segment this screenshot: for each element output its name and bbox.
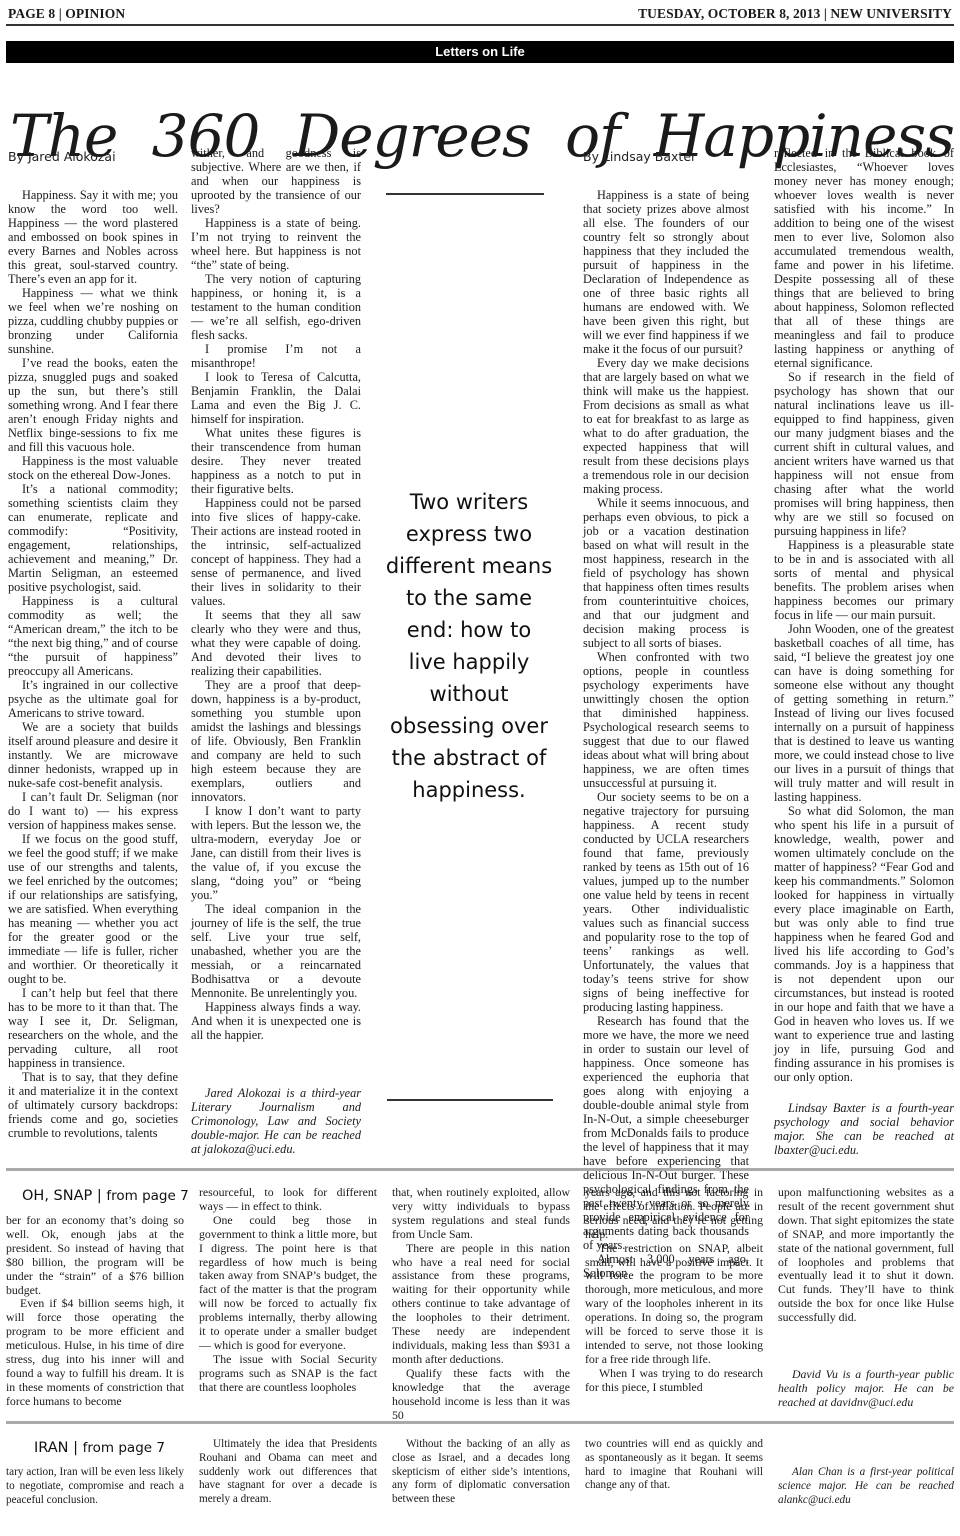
section-divider bbox=[6, 1421, 954, 1424]
bio-text: Lindsay Baxter is a fourth-year psycholo… bbox=[774, 1101, 954, 1157]
iran-col4: two countries will end as quickly and as… bbox=[585, 1438, 763, 1493]
paragraph: John Wooden, one of the greatest basketb… bbox=[774, 622, 954, 804]
paragraph: Without the backing of an ally as close … bbox=[392, 1438, 570, 1507]
pullquote-rule-bottom bbox=[387, 1099, 553, 1101]
article-right-col1: Happiness is a state of being that socie… bbox=[583, 188, 749, 1280]
paragraph: I look to Teresa of Calcutta, Benjamin F… bbox=[191, 370, 361, 426]
paragraph: Qualify these facts with the knowledge t… bbox=[392, 1367, 570, 1423]
paragraph: So what did Solomon, the man who spent h… bbox=[774, 804, 954, 1084]
paragraph: reflected in the Biblical book of Eccles… bbox=[774, 146, 954, 370]
iran-col2: Ultimately the idea that Presidents Rouh… bbox=[199, 1438, 377, 1507]
paragraph: Our society seems to be on a negative tr… bbox=[583, 790, 749, 1014]
paragraph: Happiness. Say it with me; you know the … bbox=[8, 188, 178, 286]
paragraph: Every day we make decisions that are lar… bbox=[583, 356, 749, 496]
page-folio-left: PAGE 8 | OPINION bbox=[8, 6, 125, 22]
paragraph: resourceful, to look for different ways … bbox=[199, 1186, 377, 1214]
jump-title: OH, SNAP bbox=[22, 1188, 92, 1204]
jump-from: from page 7 bbox=[106, 1188, 188, 1204]
paragraph: When confronted with two options, people… bbox=[583, 650, 749, 790]
paragraph: wither, and goodness is subjective. Wher… bbox=[191, 146, 361, 216]
author-bio-jared: Jared Alokozai is a third-year Literary … bbox=[191, 1086, 361, 1156]
section-divider bbox=[6, 1168, 954, 1171]
snap-col5: upon malfunctioning websites as a result… bbox=[778, 1186, 954, 1325]
paragraph: So if research in the field of psycholog… bbox=[774, 370, 954, 538]
paragraph: While it seems innocuous, and perhaps ev… bbox=[583, 496, 749, 650]
paragraph: When I was trying to do research for thi… bbox=[585, 1367, 763, 1395]
paragraph: What unites these figures is their trans… bbox=[191, 426, 361, 496]
paragraph: They are a proof that deep-down, happine… bbox=[191, 678, 361, 804]
article-right-col2: reflected in the Biblical book of Eccles… bbox=[774, 146, 954, 1084]
folio-divider bbox=[6, 24, 954, 26]
snap-col1: ber for an economy that’s doing so well.… bbox=[6, 1214, 184, 1409]
paragraph: It seems that they all saw clearly who t… bbox=[191, 608, 361, 678]
paragraph: Happiness — what we think we feel when w… bbox=[8, 286, 178, 356]
paragraph: Ultimately the idea that Presidents Rouh… bbox=[199, 1438, 377, 1507]
jump-separator: | bbox=[73, 1440, 78, 1456]
paragraph: upon malfunctioning websites as a result… bbox=[778, 1186, 954, 1325]
paragraph: I can’t help but feel that there has to … bbox=[8, 986, 178, 1070]
bio-text: Jared Alokozai is a third-year Literary … bbox=[191, 1086, 361, 1156]
jump-from: from page 7 bbox=[83, 1440, 165, 1456]
article-left-col1: Happiness. Say it with me; you know the … bbox=[8, 188, 178, 1140]
paragraph: We are a society that builds itself arou… bbox=[8, 720, 178, 790]
author-bio-lindsay: Lindsay Baxter is a fourth-year psycholo… bbox=[774, 1101, 954, 1157]
iran-col1: tary action, Iran will be even less like… bbox=[6, 1466, 184, 1507]
byline-lindsay: By Lindsay Baxter bbox=[583, 149, 696, 164]
paragraph: The very notion of capturing happiness, … bbox=[191, 272, 361, 342]
paragraph: Happiness is a state of being that socie… bbox=[583, 188, 749, 356]
paragraph: Happiness is the most valuable stock on … bbox=[8, 454, 178, 482]
author-bio-alan: Alan Chan is a first-year political scie… bbox=[778, 1466, 954, 1507]
pullquote: Two writers express two different means … bbox=[385, 486, 553, 806]
iran-col3: Without the backing of an ally as close … bbox=[392, 1438, 570, 1507]
snap-col4: years ago, and this not factoring in the… bbox=[585, 1186, 763, 1395]
snap-col3: that, when routinely exploited, allow ve… bbox=[392, 1186, 570, 1422]
author-bio-david: David Vu is a fourth-year public health … bbox=[778, 1368, 954, 1410]
byline-jared: By Jared Alokozai bbox=[8, 149, 116, 164]
paragraph: I can’t fault Dr. Seligman (nor do I wan… bbox=[8, 790, 178, 832]
bio-text: David Vu is a fourth-year public health … bbox=[778, 1368, 954, 1410]
paragraph: tary action, Iran will be even less like… bbox=[6, 1466, 184, 1507]
paragraph: The issue with Social Security programs … bbox=[199, 1353, 377, 1395]
jump-head-snap: OH, SNAP | from page 7 bbox=[22, 1188, 189, 1204]
paragraph: Happiness is a cultural commodity as wel… bbox=[8, 594, 178, 678]
paragraph: two countries will end as quickly and as… bbox=[585, 1438, 763, 1493]
paragraph: Happiness always finds a way. And when i… bbox=[191, 1000, 361, 1042]
paragraph: There are people in this nation who have… bbox=[392, 1242, 570, 1367]
paragraph: One could beg those in government to thi… bbox=[199, 1214, 377, 1353]
pullquote-rule-top bbox=[386, 193, 544, 195]
section-banner: Letters on Life bbox=[6, 41, 954, 63]
paragraph: It’s ingrained in our collective psyche … bbox=[8, 678, 178, 720]
paragraph: If we focus on the good stuff, we feel t… bbox=[8, 832, 178, 986]
paragraph: years ago, and this not factoring in the… bbox=[585, 1186, 763, 1242]
article-left-col2: wither, and goodness is subjective. Wher… bbox=[191, 146, 361, 1042]
page-folio-right: TUESDAY, OCTOBER 8, 2013 | NEW UNIVERSIT… bbox=[638, 6, 952, 22]
snap-col2: resourceful, to look for different ways … bbox=[199, 1186, 377, 1395]
bio-text: Alan Chan is a first-year political scie… bbox=[778, 1466, 954, 1507]
paragraph: It’s a national commodity; something sci… bbox=[8, 482, 178, 594]
paragraph: ber for an economy that’s doing so well.… bbox=[6, 1214, 184, 1297]
jump-separator: | bbox=[97, 1188, 102, 1204]
jump-title: IRAN bbox=[34, 1440, 69, 1456]
paragraph: that, when routinely exploited, allow ve… bbox=[392, 1186, 570, 1242]
paragraph: The ideal companion in the journey of li… bbox=[191, 902, 361, 1000]
paragraph: Happiness is a pleasurable state to be i… bbox=[774, 538, 954, 622]
paragraph: I know I don’t want to party with lepers… bbox=[191, 804, 361, 902]
jump-head-iran: IRAN | from page 7 bbox=[34, 1440, 165, 1456]
paragraph: Even if $4 billion seems high, it will f… bbox=[6, 1297, 184, 1408]
paragraph: I promise I’m not a misanthrope! bbox=[191, 342, 361, 370]
paragraph: The restriction on SNAP, albeit small, w… bbox=[585, 1242, 763, 1367]
paragraph: That is to say, that they define it and … bbox=[8, 1070, 178, 1140]
paragraph: Happiness could not be parsed into five … bbox=[191, 496, 361, 608]
paragraph: I’ve read the books, eaten the pizza, sn… bbox=[8, 356, 178, 454]
paragraph: Happiness is a state of being. I’m not t… bbox=[191, 216, 361, 272]
